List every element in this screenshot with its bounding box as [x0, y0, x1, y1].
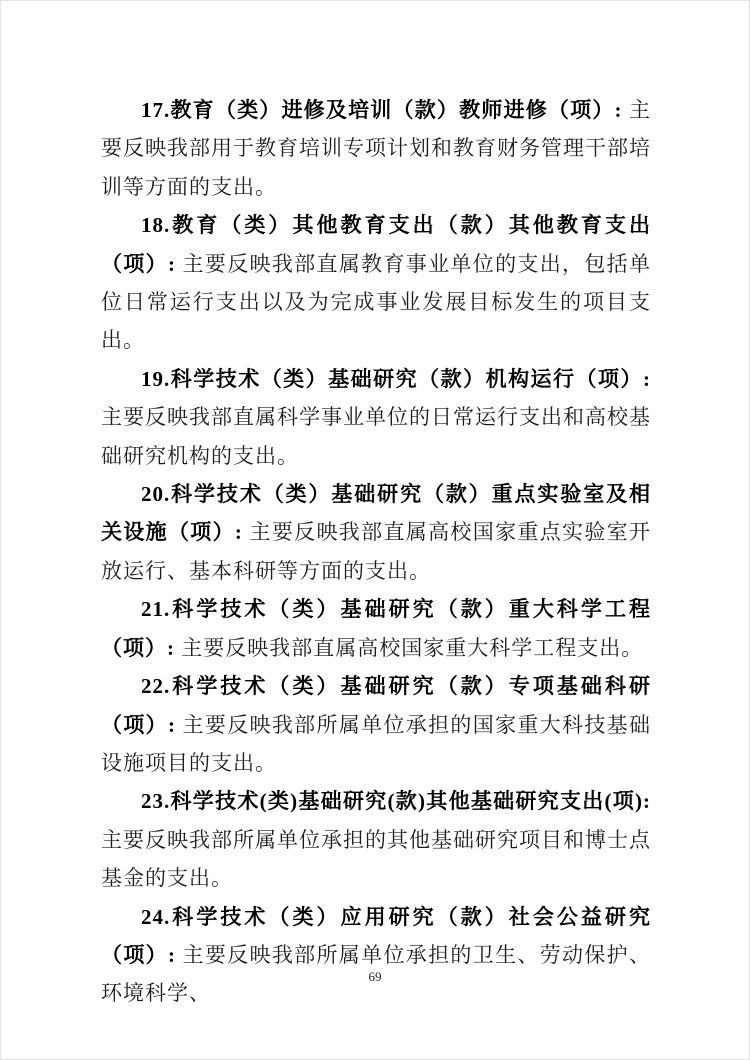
paragraph-item-17: 17.教育（类）进修及培训（款）教师进修（项）: 主要反映我部用于教育培训专项计…: [101, 91, 651, 206]
paragraph-item-22: 22.科学技术（类）基础研究（款）专项基础科研（项）: 主要反映我部所属单位承担…: [101, 667, 651, 782]
paragraph-body: 主要反映我部所属单位承担的国家重大科技基础设施项目的支出。: [101, 713, 651, 775]
paragraph-heading: 17.教育（类）进修及培训（款）教师进修（项）:: [141, 98, 629, 122]
paragraph-item-20: 20.科学技术（类）基础研究（款）重点实验室及相关设施（项）: 主要反映我部直属…: [101, 475, 651, 590]
paragraph-item-18: 18.教育（类）其他教育支出（款）其他教育支出（项）: 主要反映我部直属教育事业…: [101, 206, 651, 360]
paragraph-body: 主要反映我部直属科学事业单位的日常运行支出和高校基础研究机构的支出。: [101, 405, 651, 467]
paragraph-body: 主要反映我部所属单位承担的其他基础研究项目和博士点基金的支出。: [101, 828, 651, 890]
paragraph-body: 主要反映我部直属教育事业单位的支出，包括单位日常运行支出以及为完成事业发展目标发…: [101, 252, 651, 353]
paragraph-item-24: 24.科学技术（类）应用研究（款）社会公益研究（项）: 主要反映我部所属单位承担…: [101, 898, 651, 1013]
paragraph-body: 主要反映我部直属高校国家重大科学工程支出。: [181, 636, 643, 660]
paragraph-item-21: 21.科学技术（类）基础研究（款）重大科学工程（项）: 主要反映我部直属高校国家…: [101, 590, 651, 667]
page-content: 17.教育（类）进修及培训（款）教师进修（项）: 主要反映我部用于教育培训专项计…: [101, 91, 651, 1013]
paragraph-item-23: 23.科学技术(类)基础研究(款)其他基础研究支出(项): 主要反映我部所属单位…: [101, 782, 651, 897]
paragraph-heading: 23.科学技术(类)基础研究(款)其他基础研究支出(项):: [141, 789, 651, 813]
document-page: 17.教育（类）进修及培训（款）教师进修（项）: 主要反映我部用于教育培训专项计…: [0, 0, 750, 1060]
paragraph-item-19: 19.科学技术（类）基础研究（款）机构运行（项）: 主要反映我部直属科学事业单位…: [101, 360, 651, 475]
paragraph-heading: 19.科学技术（类）基础研究（款）机构运行（项）:: [141, 367, 651, 391]
page-number: 69: [1, 969, 749, 985]
